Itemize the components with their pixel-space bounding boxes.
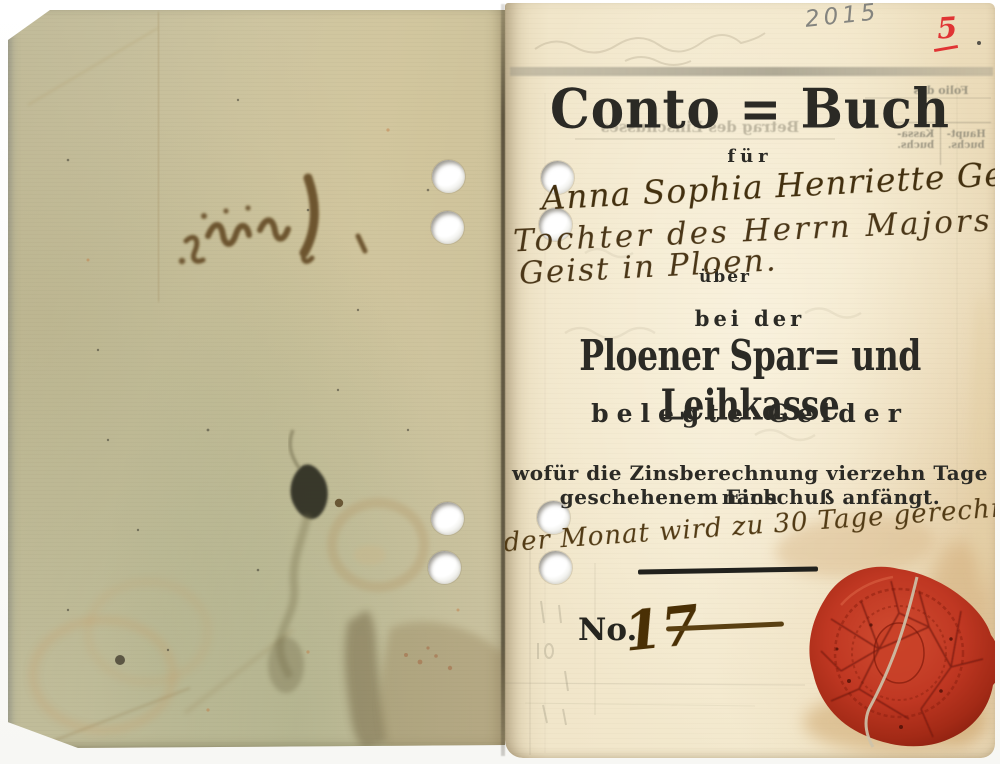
issuer-intro: bei der	[505, 306, 995, 331]
punch-hole	[432, 160, 465, 193]
showthrough-rule-bar	[510, 67, 993, 76]
ink-rule	[638, 566, 818, 574]
pencil-archive-number: 2015	[804, 3, 881, 33]
smudge-stain	[345, 610, 387, 748]
ink-dot	[977, 41, 981, 45]
water-ring-stain	[332, 503, 424, 587]
book-title: Conto = Buch	[505, 77, 995, 141]
scanned-savings-book-cover: Folio des Haupt-buchs. Kassa-buchs. Betr…	[0, 0, 1000, 764]
punch-hole	[431, 211, 464, 244]
title-page: Folio des Haupt-buchs. Kassa-buchs. Betr…	[505, 3, 995, 758]
ink-blotch	[291, 464, 328, 519]
red-number-underline	[934, 45, 958, 52]
left-page-stains	[8, 10, 505, 748]
red-archive-number: 5	[936, 10, 959, 45]
left-cover-page	[8, 10, 505, 748]
punch-hole	[539, 551, 572, 584]
ink-transfer-mark	[186, 178, 365, 261]
subject-line: belegte Gelder	[505, 399, 995, 428]
wax-seal	[801, 561, 995, 751]
punch-hole	[428, 551, 461, 584]
punch-hole	[431, 502, 464, 535]
